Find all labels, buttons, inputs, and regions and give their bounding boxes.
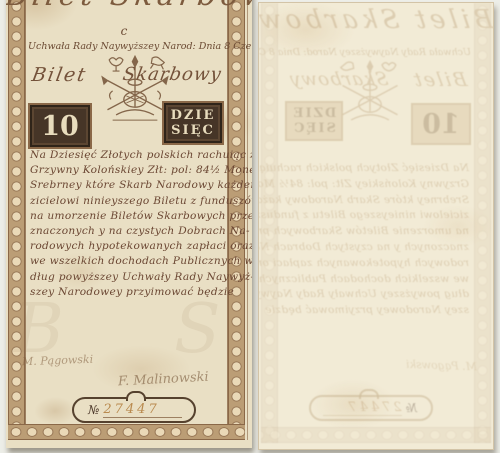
- show-through-ghost: Bilet Skarbowy Uchwała Rady Naywyższey N…: [259, 3, 493, 449]
- ghost-body-line: dług powyższey Uchwały Rady Naywyż-: [287, 287, 469, 303]
- ghost-denomination-numeral-box: 10: [411, 103, 471, 145]
- ghost-serial-prefix: №: [406, 401, 417, 415]
- denomination-word-box: DZIE SIĘC: [164, 103, 222, 143]
- ghost-denomination-word-line1: DZIE: [292, 106, 337, 121]
- ghost-ornate-title: Bilet Skarbowy: [267, 5, 494, 35]
- ghost-serial-cartouche: № 27447: [309, 395, 433, 421]
- left-border-guilloche: [8, 0, 25, 440]
- serial-number-cartouche: № 27447: [72, 397, 196, 423]
- denomination-numeral: 10: [41, 111, 79, 142]
- ghost-body-line: Na Dziesięć Złotych polskich rachuiąc z …: [287, 161, 469, 177]
- ghost-body-line: Srebrney które Skarb Narodowy każdemu Uk…: [287, 193, 469, 209]
- denomination-word-line1: DZIE: [171, 108, 216, 123]
- serial-prefix: №: [88, 403, 99, 417]
- body-line: Srebrney które Skarb Narodowy każdemu Uk…: [30, 178, 224, 193]
- ghost-body-line: na umorzenie Biletów Skarbowych prze-: [287, 224, 469, 240]
- ghost-body-line: Grzywny Kolońskiey Złt: pol: 84½ Monety: [287, 177, 469, 193]
- ghost-border: [474, 3, 491, 443]
- ghost-denomination-numeral: 10: [422, 109, 460, 140]
- ghost-body-line: rodowych hypotekowanych zapłaci oraz: [287, 256, 469, 272]
- series-letter: c: [6, 24, 242, 38]
- bottom-border-guilloche: [8, 424, 245, 440]
- ghost-signature: M. Pągowski: [406, 358, 478, 373]
- body-line: rodowych hypotekowanych zapłaci oraz: [30, 239, 224, 254]
- body-line: znaczonych y na czystych Dobrach Na-: [30, 224, 224, 239]
- ghost-border: [261, 3, 278, 443]
- banknote-back: Bilet Skarbowy Uchwała Rady Naywyższey N…: [258, 2, 494, 450]
- scanned-banknotes-photo: Bilet Skarbowy c Uchwała Rady Naywyższey…: [0, 0, 500, 453]
- obligation-text: Na Dziesięć Złotych polskich rachuiąc z …: [30, 148, 224, 300]
- ghost-denomination-word-box: DZIE SIĘC: [285, 101, 343, 141]
- body-line: na umorzenie Biletów Skarbowych prze-: [30, 209, 224, 224]
- ghost-obligation-text: Na Dziesięć Złotych polskich rachuiąc z …: [287, 161, 469, 319]
- body-line: Grzywny Kolońskiey Złt: pol: 84½ Monety: [30, 163, 224, 178]
- denomination-word-line2: SIĘC: [171, 123, 215, 138]
- body-line: Na Dziesięć Złotych polskich rachuiąc z …: [30, 148, 224, 163]
- body-line: we wszelkich dochodach Publicznych we-: [30, 254, 224, 269]
- ghost-body-line: znaczonych y na czystych Dobrach Na-: [287, 240, 469, 256]
- ghost-denomination-word-line2: SIĘC: [292, 121, 336, 136]
- ghost-serial-number: 27447: [323, 400, 402, 416]
- body-line: dług powyższey Uchwały Rady Naywyż-: [30, 270, 224, 285]
- banknote-front: Bilet Skarbowy c Uchwała Rady Naywyższey…: [6, 0, 252, 448]
- ghost-body-line: szey Narodowey przyimować będzie: [287, 303, 469, 319]
- ghost-label-bilet: Bilet: [410, 69, 469, 91]
- commissioner-signature-left: M. Pągowski: [22, 353, 94, 368]
- watermark-letter-s: S: [174, 290, 221, 369]
- denomination-numeral-box: 10: [30, 105, 90, 147]
- ornate-title: Bilet Skarbowy: [6, 0, 244, 13]
- body-line: zicielowi ninieyszego Biletu z funduszów: [30, 194, 224, 209]
- ghost-border: [261, 427, 491, 443]
- serial-number: 27447: [103, 402, 182, 418]
- ghost-body-line: we wszelkich dochodach Publicznych we-: [287, 272, 469, 288]
- ghost-body-line: zicielowi ninieyszego Biletu z funduszów: [287, 208, 469, 224]
- label-bilet: Bilet: [30, 64, 89, 86]
